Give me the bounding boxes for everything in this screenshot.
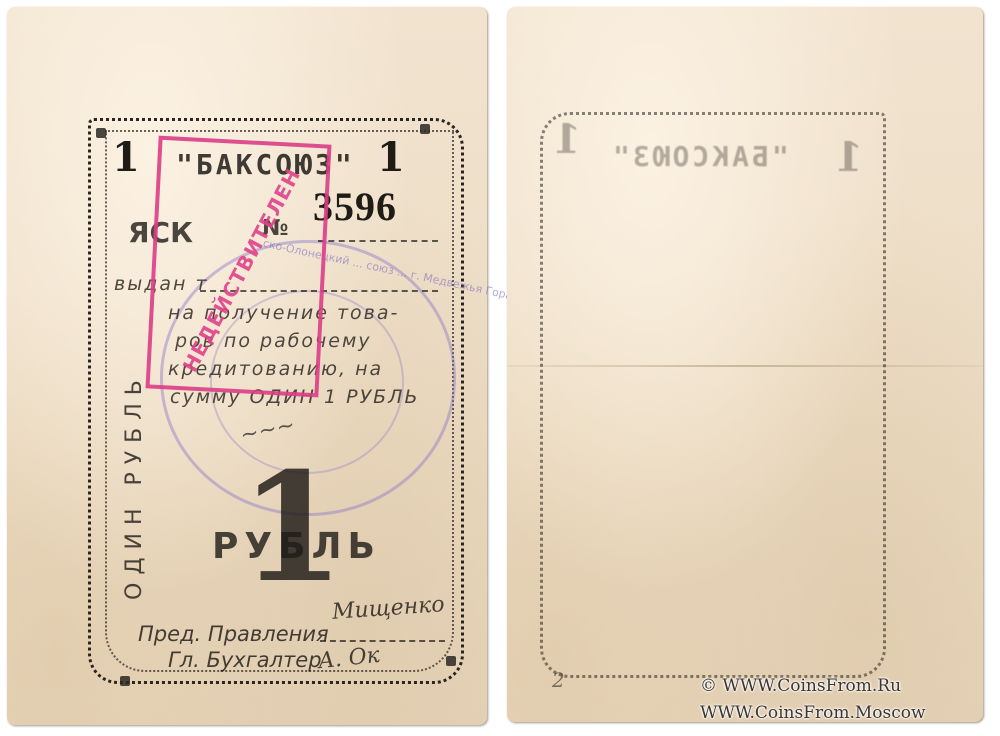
vertical-denomination: ОДИН РУБЛЬ bbox=[122, 372, 147, 600]
handwritten-mark: 2 bbox=[552, 668, 565, 692]
show-through-corner: 1 bbox=[835, 134, 863, 181]
corner-value-left: 1 bbox=[112, 134, 140, 181]
show-through-border bbox=[540, 112, 886, 678]
denomination-word: РУБЛЬ bbox=[212, 526, 381, 567]
show-through-corner: 1 bbox=[553, 116, 581, 163]
accountant-label: Гл. Бухгалтер bbox=[168, 648, 322, 672]
corner-ornament bbox=[420, 124, 430, 134]
corner-ornament bbox=[446, 656, 456, 666]
chairman-label: Пред. Правления bbox=[138, 622, 329, 646]
corner-value-right: 1 bbox=[377, 134, 405, 181]
watermark-line-2: WWW.CoinsFrom.Moscow bbox=[700, 703, 926, 723]
dash-line bbox=[320, 640, 445, 642]
dash-line bbox=[318, 240, 438, 242]
watermark-line-1: © WWW.CoinsFrom.Ru bbox=[700, 676, 901, 696]
corner-ornament bbox=[120, 676, 130, 686]
show-through-issuer: "БАКСОЮЗ" bbox=[610, 140, 789, 173]
corner-ornament bbox=[96, 128, 106, 138]
